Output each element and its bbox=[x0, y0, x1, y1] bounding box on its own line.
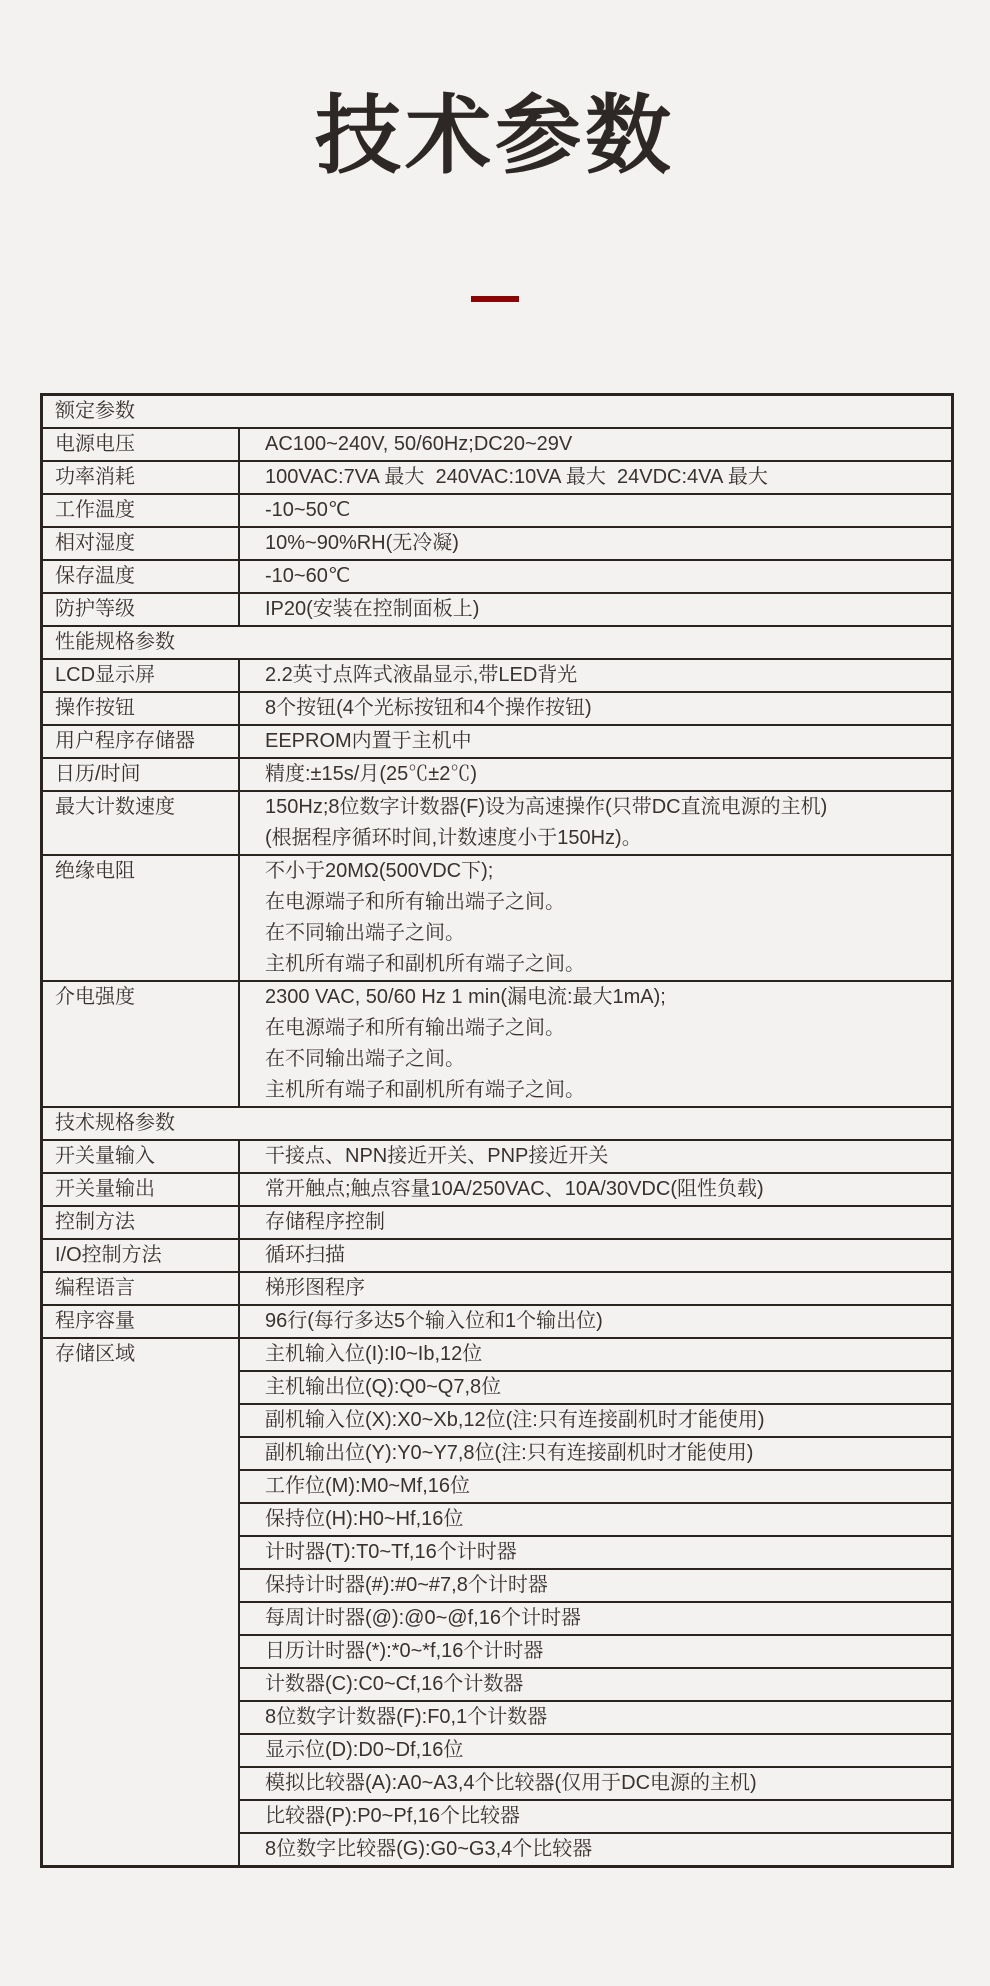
table-row: 保存温度-10~60℃ bbox=[43, 559, 951, 592]
table-row: 防护等级IP20(安装在控制面板上) bbox=[43, 592, 951, 625]
spec-table: 额定参数电源电压AC100~240V, 50/60Hz;DC20~29V功率消耗… bbox=[40, 393, 954, 1868]
row-label: 日历/时间 bbox=[43, 759, 240, 790]
row-label: 最大计数速度 bbox=[43, 792, 240, 854]
row-label: 保存温度 bbox=[43, 561, 240, 592]
value-line: 在不同输出端子之间。 bbox=[240, 1044, 951, 1075]
sub-row: 副机输出位(Y):Y0~Y7,8位(注:只有连接副机时才能使用) bbox=[240, 1436, 951, 1469]
value-line: 8个按钮(4个光标按钮和4个操作按钮) bbox=[240, 693, 951, 724]
value-line: 在不同输出端子之间。 bbox=[240, 918, 951, 949]
row-label: 相对湿度 bbox=[43, 528, 240, 559]
row-value: 梯形图程序 bbox=[240, 1273, 951, 1304]
value-line: 不小于20MΩ(500VDC下); bbox=[240, 856, 951, 887]
row-value: 2300 VAC, 50/60 Hz 1 min(漏电流:最大1mA);在电源端… bbox=[240, 982, 951, 1106]
row-label: 功率消耗 bbox=[43, 462, 240, 493]
table-row: 控制方法存储程序控制 bbox=[43, 1205, 951, 1238]
row-label: 存储区域 bbox=[43, 1339, 240, 1865]
row-value-group: 主机输入位(I):I0~Ib,12位主机输出位(Q):Q0~Q7,8位副机输入位… bbox=[240, 1339, 951, 1865]
table-row: 开关量输入干接点、NPN接近开关、PNP接近开关 bbox=[43, 1139, 951, 1172]
page: 技术参数 额定参数电源电压AC100~240V, 50/60Hz;DC20~29… bbox=[0, 0, 990, 1868]
table-row: 操作按钮8个按钮(4个光标按钮和4个操作按钮) bbox=[43, 691, 951, 724]
value-line: 存储程序控制 bbox=[240, 1207, 951, 1238]
sub-row: 保持位(H):H0~Hf,16位 bbox=[240, 1502, 951, 1535]
table-row: 电源电压AC100~240V, 50/60Hz;DC20~29V bbox=[43, 427, 951, 460]
row-label: 编程语言 bbox=[43, 1273, 240, 1304]
row-value: 不小于20MΩ(500VDC下);在电源端子和所有输出端子之间。在不同输出端子之… bbox=[240, 856, 951, 980]
row-label: 控制方法 bbox=[43, 1207, 240, 1238]
table-row: I/O控制方法循环扫描 bbox=[43, 1238, 951, 1271]
table-row: 工作温度-10~50℃ bbox=[43, 493, 951, 526]
value-line: 10%~90%RH(无冷凝) bbox=[240, 528, 951, 559]
row-value: -10~50℃ bbox=[240, 495, 951, 526]
row-value: 常开触点;触点容量10A/250VAC、10A/30VDC(阻性负载) bbox=[240, 1174, 951, 1205]
sub-row: 计时器(T):T0~Tf,16个计时器 bbox=[240, 1535, 951, 1568]
value-line: 循环扫描 bbox=[240, 1240, 951, 1271]
value-line: 2.2英寸点阵式液晶显示,带LED背光 bbox=[240, 660, 951, 691]
table-row: LCD显示屏2.2英寸点阵式液晶显示,带LED背光 bbox=[43, 658, 951, 691]
value-line: 在电源端子和所有输出端子之间。 bbox=[240, 1013, 951, 1044]
section-label: 技术规格参数 bbox=[43, 1108, 175, 1139]
table-row: 功率消耗100VAC:7VA 最大 240VAC:10VA 最大 24VDC:4… bbox=[43, 460, 951, 493]
value-line: 150Hz;8位数字计数器(F)设为高速操作(只带DC直流电源的主机) bbox=[240, 792, 951, 823]
row-value: 存储程序控制 bbox=[240, 1207, 951, 1238]
value-line: 干接点、NPN接近开关、PNP接近开关 bbox=[240, 1141, 951, 1172]
value-line: 2300 VAC, 50/60 Hz 1 min(漏电流:最大1mA); bbox=[240, 982, 951, 1013]
row-value: IP20(安装在控制面板上) bbox=[240, 594, 951, 625]
section-row: 额定参数 bbox=[43, 396, 951, 427]
value-line: 梯形图程序 bbox=[240, 1273, 951, 1304]
section-row: 技术规格参数 bbox=[43, 1106, 951, 1139]
row-value: 8个按钮(4个光标按钮和4个操作按钮) bbox=[240, 693, 951, 724]
row-value: -10~60℃ bbox=[240, 561, 951, 592]
sub-row: 保持计时器(#):#0~#7,8个计时器 bbox=[240, 1568, 951, 1601]
table-row: 开关量输出常开触点;触点容量10A/250VAC、10A/30VDC(阻性负载) bbox=[43, 1172, 951, 1205]
value-line: 在电源端子和所有输出端子之间。 bbox=[240, 887, 951, 918]
sub-row: 显示位(D):D0~Df,16位 bbox=[240, 1733, 951, 1766]
row-value: 100VAC:7VA 最大 240VAC:10VA 最大 24VDC:4VA 最… bbox=[240, 462, 951, 493]
table-row: 绝缘电阻不小于20MΩ(500VDC下);在电源端子和所有输出端子之间。在不同输… bbox=[43, 854, 951, 980]
row-label: 开关量输出 bbox=[43, 1174, 240, 1205]
row-value: 2.2英寸点阵式液晶显示,带LED背光 bbox=[240, 660, 951, 691]
row-label: 防护等级 bbox=[43, 594, 240, 625]
table-row: 编程语言梯形图程序 bbox=[43, 1271, 951, 1304]
sub-row: 工作位(M):M0~Mf,16位 bbox=[240, 1469, 951, 1502]
section-label: 性能规格参数 bbox=[43, 627, 175, 658]
table-row: 存储区域主机输入位(I):I0~Ib,12位主机输出位(Q):Q0~Q7,8位副… bbox=[43, 1337, 951, 1865]
value-line: (根据程序循环时间,计数速度小于150Hz)。 bbox=[240, 823, 951, 854]
row-label: 电源电压 bbox=[43, 429, 240, 460]
sub-row: 每周计时器(@):@0~@f,16个计时器 bbox=[240, 1601, 951, 1634]
title-accent-dash bbox=[471, 296, 519, 302]
value-line: 96行(每行多达5个输入位和1个输出位) bbox=[240, 1306, 951, 1337]
value-line: -10~60℃ bbox=[240, 561, 951, 592]
row-value: 96行(每行多达5个输入位和1个输出位) bbox=[240, 1306, 951, 1337]
value-line: 精度:±15s/月(25℃±2℃) bbox=[240, 759, 951, 790]
sub-row: 比较器(P):P0~Pf,16个比较器 bbox=[240, 1799, 951, 1832]
table-row: 程序容量96行(每行多达5个输入位和1个输出位) bbox=[43, 1304, 951, 1337]
table-row: 相对湿度10%~90%RH(无冷凝) bbox=[43, 526, 951, 559]
row-label: 操作按钮 bbox=[43, 693, 240, 724]
sub-row: 模拟比较器(A):A0~A3,4个比较器(仅用于DC电源的主机) bbox=[240, 1766, 951, 1799]
row-value: EEPROM内置于主机中 bbox=[240, 726, 951, 757]
table-row: 最大计数速度150Hz;8位数字计数器(F)设为高速操作(只带DC直流电源的主机… bbox=[43, 790, 951, 854]
value-line: AC100~240V, 50/60Hz;DC20~29V bbox=[240, 429, 951, 460]
value-line: EEPROM内置于主机中 bbox=[240, 726, 951, 757]
sub-row: 8位数字计数器(F):F0,1个计数器 bbox=[240, 1700, 951, 1733]
table-row: 用户程序存储器EEPROM内置于主机中 bbox=[43, 724, 951, 757]
value-line: IP20(安装在控制面板上) bbox=[240, 594, 951, 625]
sub-row: 主机输出位(Q):Q0~Q7,8位 bbox=[240, 1370, 951, 1403]
value-line: 常开触点;触点容量10A/250VAC、10A/30VDC(阻性负载) bbox=[240, 1174, 951, 1205]
row-label: LCD显示屏 bbox=[43, 660, 240, 691]
row-label: 工作温度 bbox=[43, 495, 240, 526]
page-title: 技术参数 bbox=[0, 0, 990, 186]
row-label: 介电强度 bbox=[43, 982, 240, 1106]
sub-row: 计数器(C):C0~Cf,16个计数器 bbox=[240, 1667, 951, 1700]
section-label: 额定参数 bbox=[43, 396, 135, 427]
table-row: 日历/时间精度:±15s/月(25℃±2℃) bbox=[43, 757, 951, 790]
row-label: 用户程序存储器 bbox=[43, 726, 240, 757]
row-label: 绝缘电阻 bbox=[43, 856, 240, 980]
value-line: 主机所有端子和副机所有端子之间。 bbox=[240, 949, 951, 980]
value-line: 100VAC:7VA 最大 240VAC:10VA 最大 24VDC:4VA 最… bbox=[240, 462, 951, 493]
sub-row: 副机输入位(X):X0~Xb,12位(注:只有连接副机时才能使用) bbox=[240, 1403, 951, 1436]
row-value: 干接点、NPN接近开关、PNP接近开关 bbox=[240, 1141, 951, 1172]
row-label: 开关量输入 bbox=[43, 1141, 240, 1172]
sub-row: 8位数字比较器(G):G0~G3,4个比较器 bbox=[240, 1832, 951, 1865]
row-value: 150Hz;8位数字计数器(F)设为高速操作(只带DC直流电源的主机)(根据程序… bbox=[240, 792, 951, 854]
row-value: 精度:±15s/月(25℃±2℃) bbox=[240, 759, 951, 790]
value-line: -10~50℃ bbox=[240, 495, 951, 526]
row-value: 10%~90%RH(无冷凝) bbox=[240, 528, 951, 559]
row-label: 程序容量 bbox=[43, 1306, 240, 1337]
section-row: 性能规格参数 bbox=[43, 625, 951, 658]
row-value: 循环扫描 bbox=[240, 1240, 951, 1271]
table-row: 介电强度2300 VAC, 50/60 Hz 1 min(漏电流:最大1mA);… bbox=[43, 980, 951, 1106]
sub-row: 主机输入位(I):I0~Ib,12位 bbox=[240, 1339, 951, 1370]
row-value: AC100~240V, 50/60Hz;DC20~29V bbox=[240, 429, 951, 460]
row-label: I/O控制方法 bbox=[43, 1240, 240, 1271]
sub-row: 日历计时器(*):*0~*f,16个计时器 bbox=[240, 1634, 951, 1667]
value-line: 主机所有端子和副机所有端子之间。 bbox=[240, 1075, 951, 1106]
